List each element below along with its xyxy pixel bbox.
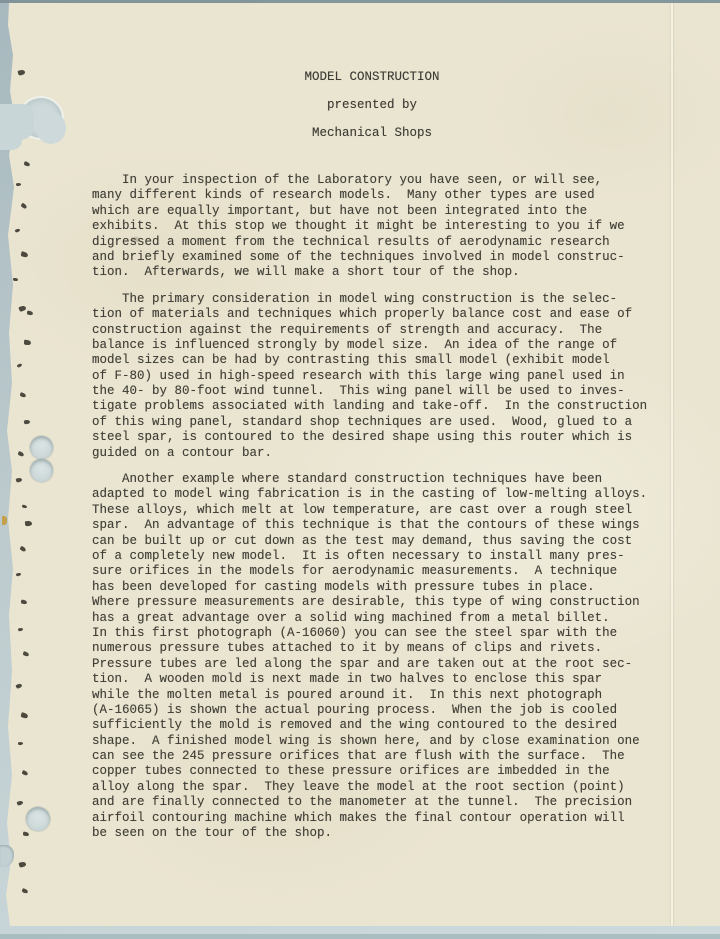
text-line: tion. A wooden mold is next made in two … xyxy=(92,672,657,687)
document-subtitle: presented by xyxy=(92,98,652,112)
text-line: digressed a moment from the technical re… xyxy=(92,235,657,250)
text-line: exhibits. At this stop we thought it mig… xyxy=(92,219,657,234)
text-line: the 40- by 80-foot wind tunnel. This win… xyxy=(92,384,657,399)
text-line: tion. Afterwards, we will make a short t… xyxy=(92,265,657,280)
orange-edge-mark xyxy=(2,516,7,525)
text-line: has a great advantage over a solid wing … xyxy=(92,611,657,626)
text-line: model sizes can be had by contrasting th… xyxy=(92,353,657,368)
text-line: copper tubes connected to these pressure… xyxy=(92,764,657,779)
text-line: airfoil contouring machine which makes t… xyxy=(92,811,657,826)
text-line: In this first photograph (A-16060) you c… xyxy=(92,626,657,641)
torn-hole xyxy=(36,112,66,144)
text-line: construction against the requirements of… xyxy=(92,323,657,338)
text-line: and are finally connected to the manomet… xyxy=(92,795,657,810)
paper-fold-crease xyxy=(671,3,673,926)
torn-hole xyxy=(0,132,22,150)
punch-hole xyxy=(26,807,50,831)
text-line: shape. A finished model wing is shown he… xyxy=(92,734,657,749)
text-line: sufficiently the mold is removed and the… xyxy=(92,718,657,733)
text-line: of this wing panel, standard shop techni… xyxy=(92,415,657,430)
text-line: can see the 245 pressure orifices that a… xyxy=(92,749,657,764)
text-line: alloy along the spar. They leave the mod… xyxy=(92,780,657,795)
punch-hole xyxy=(30,436,53,459)
text-line: be seen on the tour of the shop. xyxy=(92,826,657,841)
text-line: tigate problems associated with landing … xyxy=(92,399,657,414)
document-author: Mechanical Shops xyxy=(92,126,652,140)
text-line: In your inspection of the Laboratory you… xyxy=(92,173,657,188)
text-line: balance is influenced strongly by model … xyxy=(92,338,657,353)
paragraph: In your inspection of the Laboratory you… xyxy=(92,173,657,281)
text-line: numerous pressure tubes attached to it b… xyxy=(92,641,657,656)
text-line: The primary consideration in model wing … xyxy=(92,292,657,307)
text-line: of a completely new model. It is often n… xyxy=(92,549,657,564)
text-line: spar. An advantage of this technique is … xyxy=(92,518,657,533)
edge-pencil-mark xyxy=(13,278,18,281)
edge-pencil-mark xyxy=(23,832,30,837)
text-line: (A-16065) is shown the actual pouring pr… xyxy=(92,703,657,718)
text-line: sure orifices in the models for aerodyna… xyxy=(92,564,657,579)
edge-pencil-mark xyxy=(27,311,34,316)
text-line: Where pressure measurements are desirabl… xyxy=(92,595,657,610)
text-line: These alloys, which melt at low temperat… xyxy=(92,503,657,518)
text-line: which are equally important, but have no… xyxy=(92,204,657,219)
title-block: MODEL CONSTRUCTION presented by Mechanic… xyxy=(92,70,652,154)
paragraph: The primary consideration in model wing … xyxy=(92,292,657,461)
paragraph: Another example where standard construct… xyxy=(92,472,657,841)
text-line: Another example where standard construct… xyxy=(92,472,657,487)
text-line: many different kinds of research models.… xyxy=(92,188,657,203)
edge-pencil-mark xyxy=(24,340,31,346)
text-line: tion of materials and techniques which p… xyxy=(92,307,657,322)
text-line: steel spar, is contoured to the desired … xyxy=(92,430,657,445)
document-title: MODEL CONSTRUCTION xyxy=(92,70,652,84)
text-line: Pressure tubes are led along the spar an… xyxy=(92,657,657,672)
edge-pencil-mark xyxy=(21,600,28,605)
document-body: In your inspection of the Laboratory you… xyxy=(92,173,657,841)
punch-hole xyxy=(30,459,53,482)
text-line: and briefly examined some of the techniq… xyxy=(92,250,657,265)
text-line: guided on a contour bar. xyxy=(92,446,657,461)
text-line: can be built up or cut down as the test … xyxy=(92,534,657,549)
text-line: while the molten metal is poured around … xyxy=(92,688,657,703)
text-line: adapted to model wing fabrication is in … xyxy=(92,487,657,502)
text-line: of F-80) used in high-speed research wit… xyxy=(92,369,657,384)
text-line: has been developed for casting models wi… xyxy=(92,580,657,595)
edge-pencil-mark xyxy=(22,505,27,509)
